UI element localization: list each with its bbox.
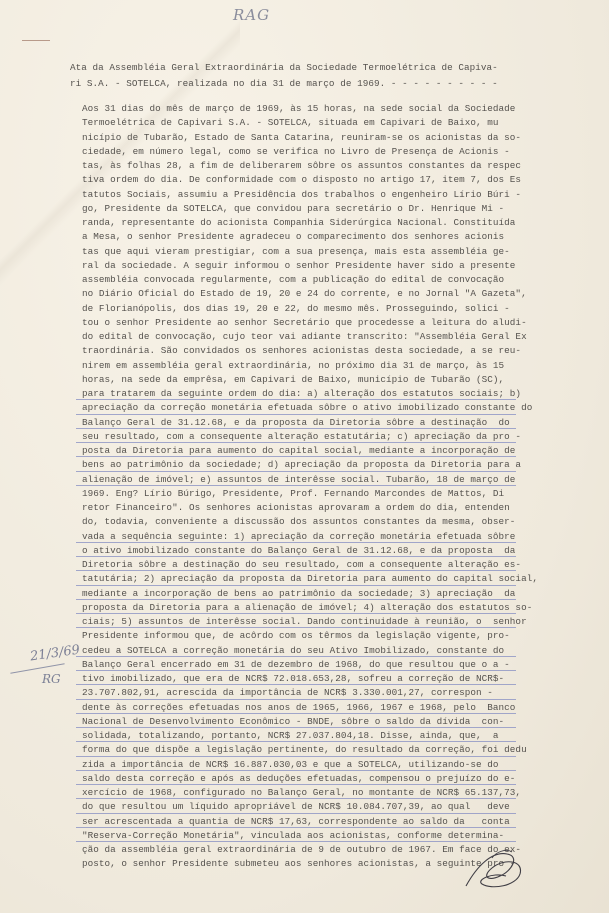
body-line: no Diário Oficial do Estado de 19, 20 e … (82, 287, 516, 301)
body-line: tas que aqui vieram prestigiar, com a su… (82, 245, 516, 259)
handwritten-margin-initials: RG (42, 672, 61, 686)
body-line-underlined: seu resultado, com a consequente alteraç… (82, 430, 516, 444)
body-line-underlined: do que resultou um líquido apropriável d… (82, 800, 516, 814)
body-line: assembléia convocada regularmente, com a… (82, 273, 516, 287)
body-line: de Florianópolis, dos dias 19, 20 e 22, … (82, 302, 516, 316)
body-line-underlined: solidada, totalizando, portanto, NCR$ 27… (82, 729, 516, 743)
document-body: Aos 31 dias do mês de março de 1969, às … (82, 102, 516, 872)
body-line: do, todavia, conveniente a discussão dos… (82, 515, 516, 529)
body-line-underlined: tivo imobilizado, que era de NCR$ 72.018… (82, 672, 516, 686)
document-page: RAG Ata da Assembléia Geral Extraordinár… (0, 0, 609, 913)
heading-line: ri S.A. - SOTELCA, realizada no dia 31 d… (70, 76, 510, 92)
body-line-underlined: Diretoria sôbre a destinação do seu resu… (82, 558, 516, 572)
body-line: nirem em assembléia geral extraordinária… (82, 359, 516, 373)
body-line: tou o senhor Presidente ao senhor Secret… (82, 316, 516, 330)
body-line-underlined: forma do que dispõe a legislação pertine… (82, 743, 516, 757)
body-line: ral da sociedade. A seguir informou o se… (82, 259, 516, 273)
body-line-underlined: saldo desta correção e após as deduções … (82, 772, 516, 786)
body-line: go, Presidente da SOTELCA, que convidou … (82, 202, 516, 216)
body-line-underlined: mediante a incorporação de bens ao patri… (82, 587, 516, 601)
body-line-underlined: para tratarem da seguinte ordem do dia: … (82, 387, 516, 401)
body-line-underlined: posta da Diretoria para aumento do capit… (82, 444, 516, 458)
body-line-underlined: zida a importância de NCR$ 16.887.030,03… (82, 758, 516, 772)
body-line: tiva ordem do dia. De conformidade com o… (82, 173, 516, 187)
body-line: Presidente informou que, de acôrdo com o… (82, 629, 516, 643)
body-line-underlined: bens ao patrimônio da sociedade; d) apre… (82, 458, 516, 472)
body-line: randa, representante do acionista Compan… (82, 216, 516, 230)
body-line: Aos 31 dias do mês de março de 1969, às … (82, 102, 516, 116)
document-heading: Ata da Assembléia Geral Extraordinária d… (70, 60, 510, 92)
body-line: a Mesa, o senhor Presidente agradeceu o … (82, 230, 516, 244)
body-line-underlined: dente às correções efetuadas nos anos de… (82, 701, 516, 715)
body-line-underlined: proposta da Diretoria para a alienação d… (82, 601, 516, 615)
body-line-underlined: o ativo imobilizado constante do Balanço… (82, 544, 516, 558)
body-line: horas, na sede da emprêsa, em Capivari d… (82, 373, 516, 387)
body-line-underlined: alienação de imóvel; e) assuntos de inte… (82, 473, 516, 487)
handwritten-pencil-mark (22, 40, 50, 41)
body-line: traordinária. São convidados os senhores… (82, 344, 516, 358)
body-line: do edital de convocação, cujo teor vai a… (82, 330, 516, 344)
body-line: 1969. Eng? Lírio Búrigo, Presidente, Pro… (82, 487, 516, 501)
body-line: nicípio de Tubarão, Estado de Santa Cata… (82, 131, 516, 145)
body-line-underlined: vada a sequência seguinte: 1) apreciação… (82, 530, 516, 544)
handwritten-margin-date: 21/3/69 (29, 643, 81, 665)
heading-line: Ata da Assembléia Geral Extraordinária d… (70, 60, 510, 76)
body-line: Termoelétrica de Capivari S.A. - SOTELCA… (82, 116, 516, 130)
body-line: tatutos Sociais, assumiu a Presidência d… (82, 188, 516, 202)
body-line: posto, o senhor Presidente submeteu aos … (82, 857, 516, 871)
body-line-underlined: Balanço Geral encerrado em 31 de dezembr… (82, 658, 516, 672)
body-line: retor Financeiro". Os senhores acionista… (82, 501, 516, 515)
body-line-underlined: 23.707.802,91, acrescida da importância … (82, 686, 516, 700)
handwritten-initials-top: RAG (233, 6, 270, 24)
body-line-underlined: cedeu a SOTELCA a correção monetária do … (82, 644, 516, 658)
body-line-underlined: apreciação da correção monetária efetuad… (82, 401, 516, 415)
body-line: ciedade, em número legal, como se verifi… (82, 145, 516, 159)
body-line-underlined: "Reserva-Correção Monetária", vinculada … (82, 829, 516, 843)
signature-icon (462, 846, 532, 896)
body-line-underlined: ciais; 5) assuntos de interêsse social. … (82, 615, 516, 629)
body-line: ção da assembléia geral extraordinária d… (82, 843, 516, 857)
body-line-underlined: tatutária; 2) apreciação da proposta da … (82, 572, 516, 586)
body-line-underlined: ser acrescentada a quantia de NCR$ 17,63… (82, 815, 516, 829)
body-line-underlined: Nacional de Desenvolvimento Econômico - … (82, 715, 516, 729)
body-line-underlined: Balanço Geral de 31.12.68, e da proposta… (82, 416, 516, 430)
body-line-underlined: xercício de 1968, configurado no Balanço… (82, 786, 516, 800)
body-line: tas, às folhas 28, a fim de deliberarem … (82, 159, 516, 173)
